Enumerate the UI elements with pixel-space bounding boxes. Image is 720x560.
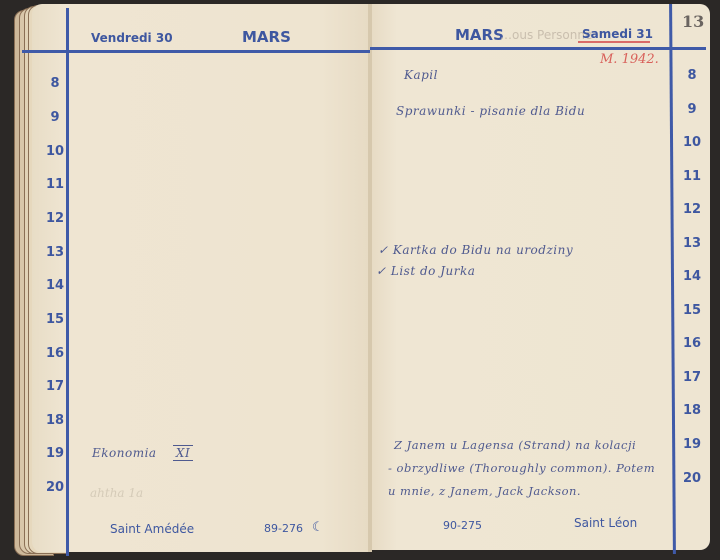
hour-label: 10 [680, 135, 704, 150]
hour-label: 13 [43, 245, 67, 260]
hour-label: 16 [680, 336, 704, 351]
hour-label: 17 [680, 370, 704, 385]
left-day-number: 89-276 [264, 522, 303, 535]
hour-label: 15 [680, 303, 704, 318]
hour-label: 12 [43, 211, 67, 226]
hour-label: 20 [43, 480, 67, 495]
right-day-label: Samedi 31 [582, 27, 653, 41]
left-saint-name: Saint Amédée [110, 522, 194, 536]
book-gutter [368, 4, 372, 552]
left-page [32, 4, 372, 552]
right-header-rule [370, 47, 706, 50]
moon-phase-icon: ☾ [312, 520, 324, 535]
left-entry-19: Ekonomia XI [92, 446, 193, 460]
hour-label: 14 [43, 278, 67, 293]
hour-label: 9 [680, 102, 704, 117]
right-month-label: MARS [455, 26, 504, 44]
hour-label: 16 [43, 346, 67, 361]
hour-label: 18 [43, 413, 67, 428]
hour-label: 14 [680, 269, 704, 284]
hour-label: 13 [680, 236, 704, 251]
left-month-label: MARS [242, 28, 291, 46]
right-entry-line-1: Kapil [404, 68, 438, 82]
hour-label: 11 [680, 169, 704, 184]
right-saint-name: Saint Léon [574, 516, 637, 530]
right-entry-line-2: Sprawunki - pisanie dla Bidu [396, 104, 585, 118]
entry-tag: XI [173, 445, 193, 461]
faded-bleed-text: …ous Personne [500, 28, 592, 42]
right-entry-line-4: ✓ List do Jurka [376, 264, 475, 278]
red-year-annotation: M. 1942. [600, 52, 659, 67]
right-entry-line-6: - obrzydliwe (Thoroughly common). Potem [388, 461, 655, 475]
left-day-label: Vendredi 30 [91, 31, 173, 45]
hour-label: 19 [680, 437, 704, 452]
entry-text: Ekonomia [92, 446, 157, 460]
right-entry-line-7: u mnie, z Janem, Jack Jackson. [388, 484, 581, 498]
hour-label: 8 [43, 76, 67, 91]
right-entry-line-3: ✓ Kartka do Bidu na urodziny [378, 243, 573, 257]
hour-label: 12 [680, 202, 704, 217]
hour-label: 8 [680, 68, 704, 83]
hour-label: 10 [43, 144, 67, 159]
hour-label: 11 [43, 177, 67, 192]
right-day-number: 90-275 [443, 519, 482, 532]
right-entry-line-5: Z Janem u Lagensa (Strand) na kolacji [394, 438, 636, 452]
red-underline [578, 41, 650, 43]
hour-label: 17 [43, 379, 67, 394]
hour-label: 18 [680, 403, 704, 418]
ghost-bleed-text: ahtha 1a [90, 486, 143, 500]
hour-label: 9 [43, 110, 67, 125]
corner-page-mark: 13 [682, 12, 704, 31]
hour-label: 19 [43, 446, 67, 461]
hour-label: 15 [43, 312, 67, 327]
hour-label: 20 [680, 471, 704, 486]
left-header-rule [22, 50, 370, 53]
